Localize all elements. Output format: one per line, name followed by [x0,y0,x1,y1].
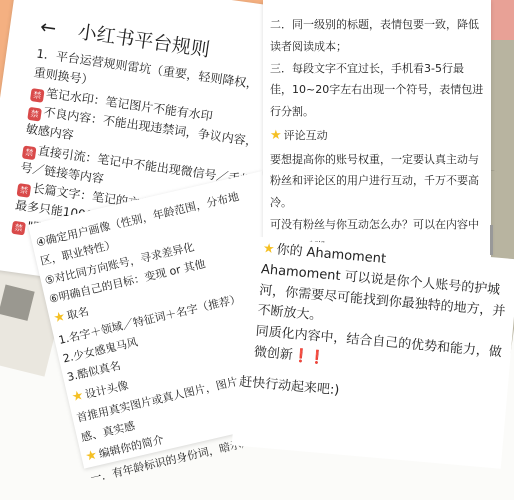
list-item: 读者阅读成本； [270,36,483,58]
section-heading: ★评论互动 [270,123,483,149]
list-item: 冷。 [270,192,483,214]
star-icon: ★ [52,309,67,326]
star-icon: ★ [270,128,282,143]
back-arrow-icon[interactable]: ← [39,16,58,40]
exclamation-icon: ❗❗ [292,348,326,366]
ahamoment-card: ★你的 Ahamoment Ahamoment 可以说是你个人账号的护城 河，你… [232,236,514,469]
list-item: 可没有粉丝与你互动怎么办？可以在内容中 [270,214,483,236]
list-item: 佳，10~20字左右出现一个符号，表情包进 [270,79,483,101]
list-item: 三．每段文字不宜过长，手机看3-5行最 [270,58,483,80]
star-icon: ★ [70,388,85,405]
list-item: 要想提高你的账号权重，一定要认真主动与 [270,149,483,171]
scrollbar[interactable] [490,225,493,255]
formatting-tips-card: 二．同一级别的标题，表情包要一致，降低 读者阅读成本； 三．每段文字不宜过长，手… [263,0,491,262]
list-item: 二．同一级别的标题，表情包要一致，降低 [270,14,483,36]
star-icon: ★ [84,447,99,464]
forbidden-tag-icon: 禁 [11,221,26,236]
star-icon: ★ [262,241,275,257]
list-item: 粉丝和评论区的用户进行互动，千万不要高 [270,170,483,192]
list-item: 行分割。 [270,101,483,123]
forbidden-tag-icon: 禁 [22,145,37,160]
